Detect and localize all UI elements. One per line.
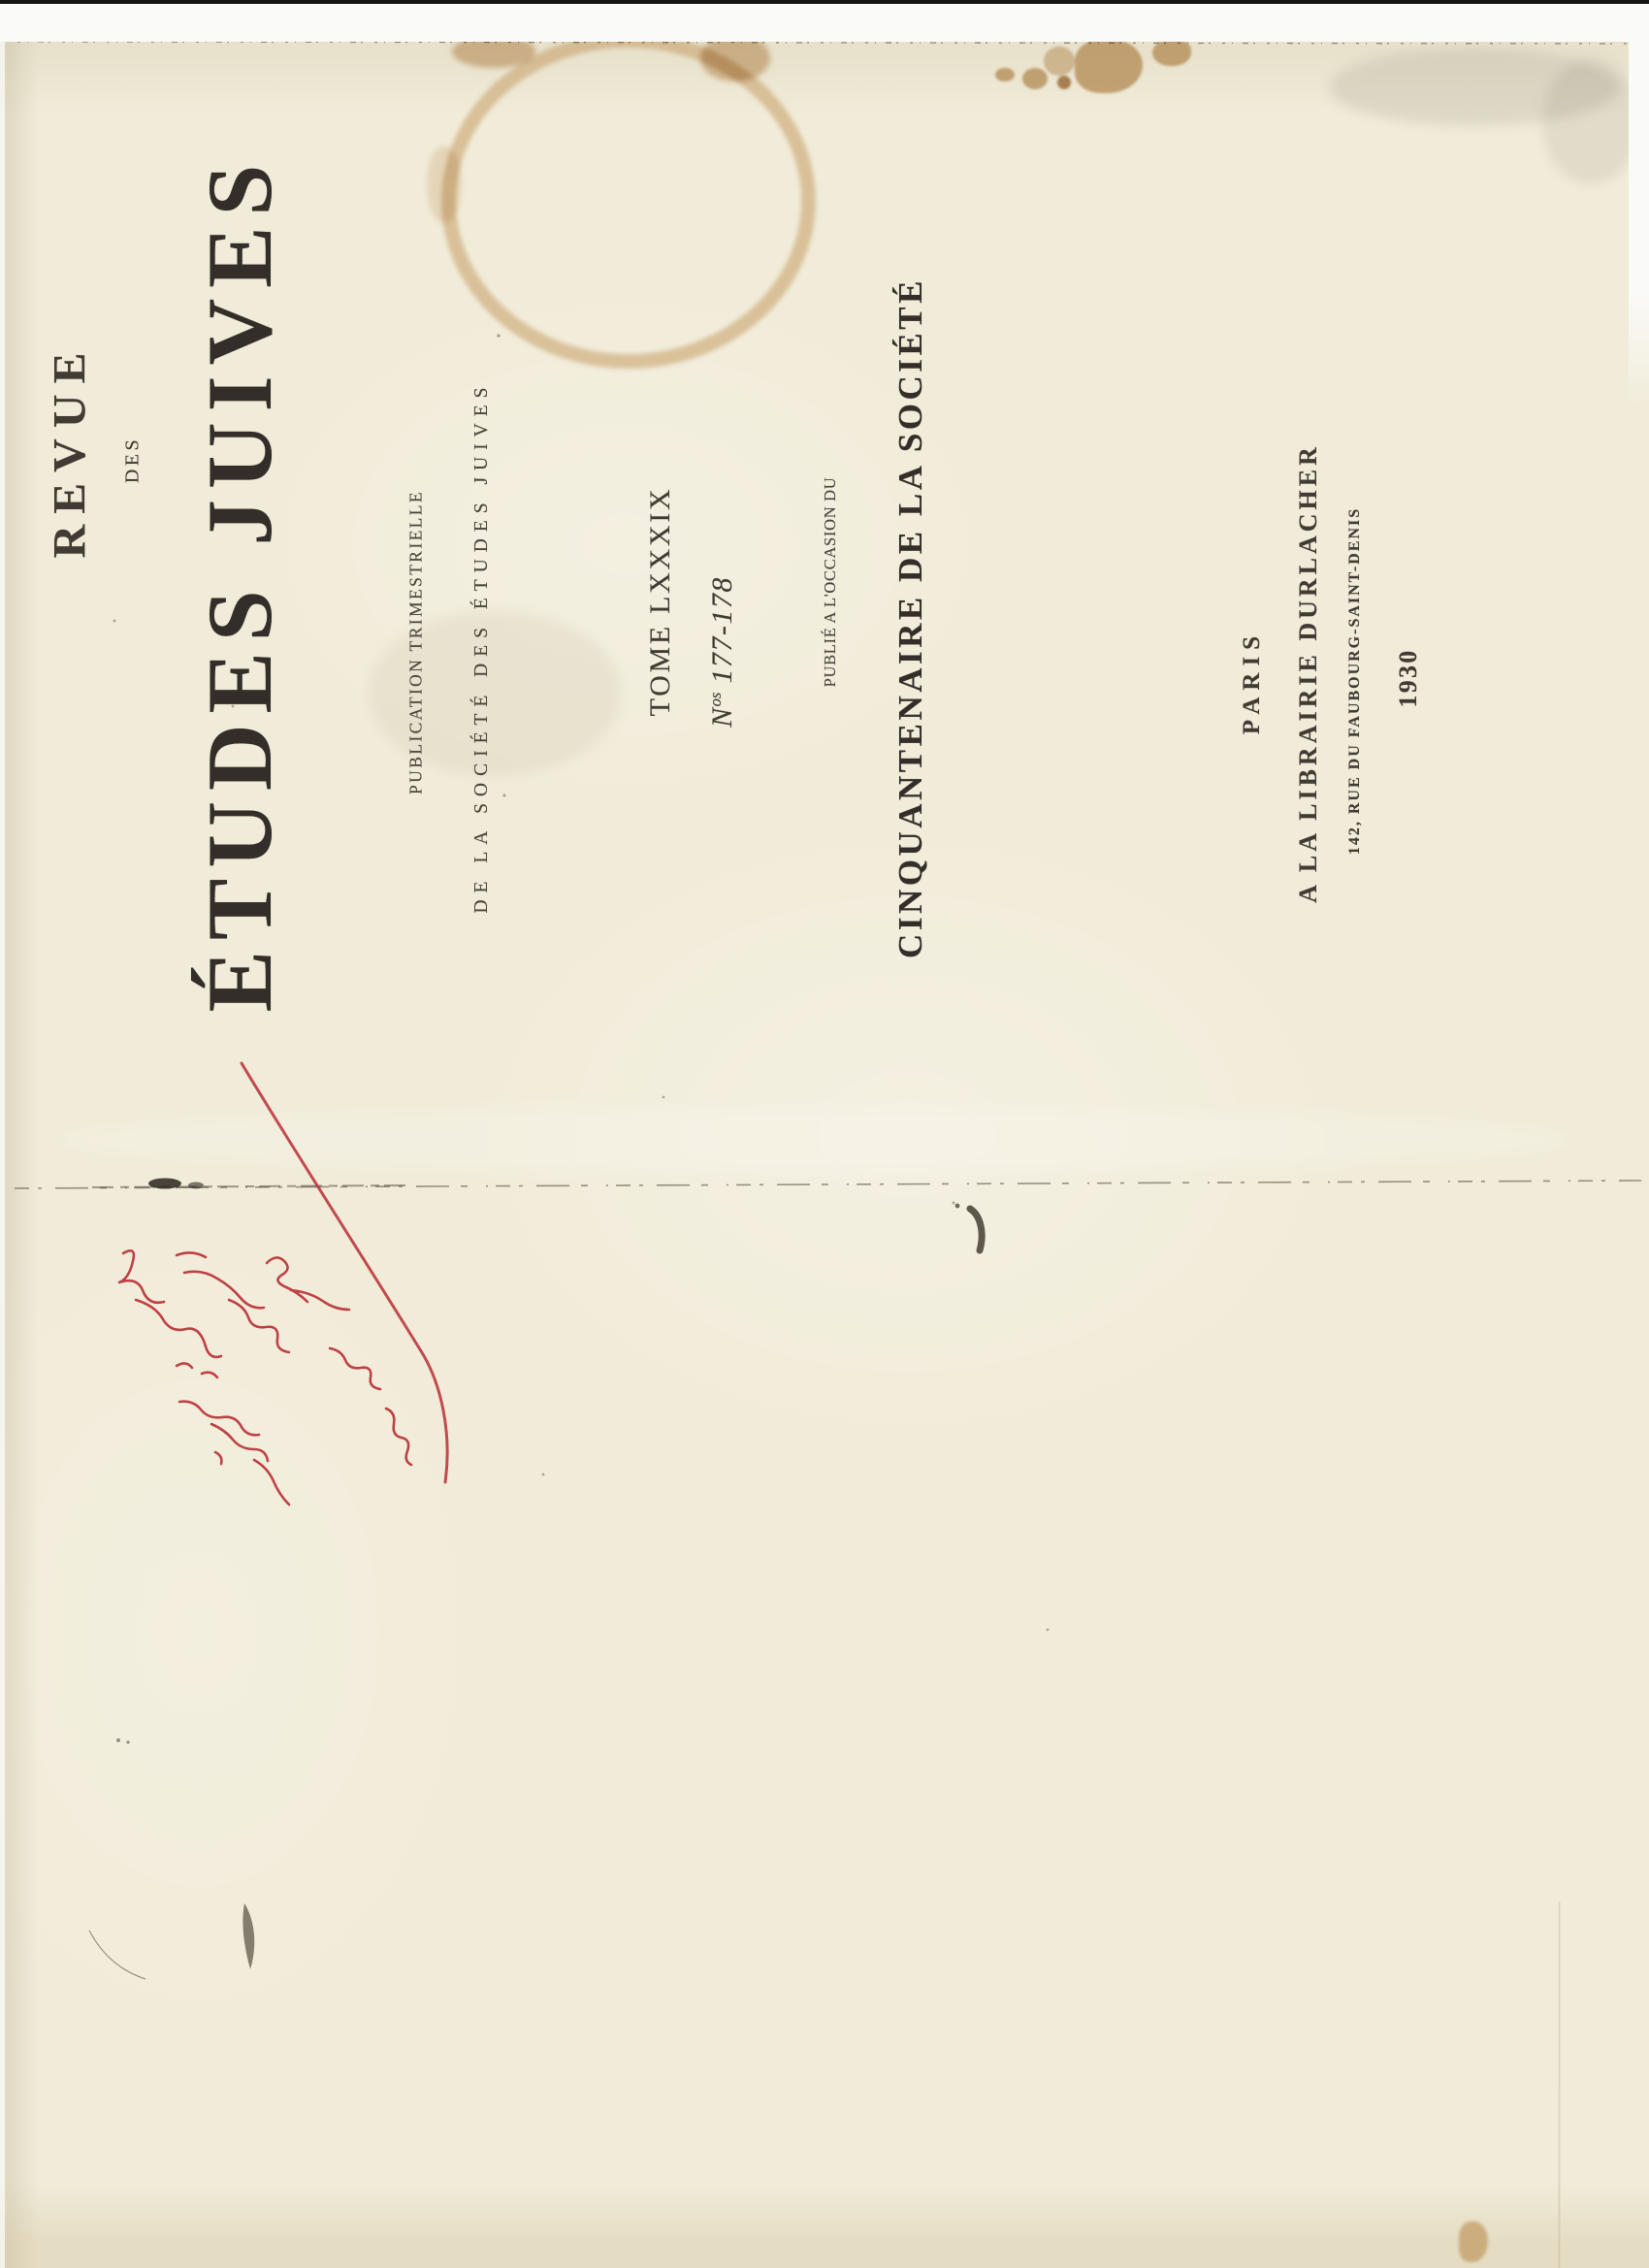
scanned-journal-cover: REVUE DES ÉTUDES JUIVES PUBLICATION TRIM… (0, 0, 1649, 2268)
fold-crease-line (15, 1179, 1641, 1189)
scanner-white-strip-right (1629, 0, 1649, 407)
paper-specks (113, 334, 1050, 1631)
marks-overlay (0, 0, 1649, 2268)
scanner-white-strip-left (0, 0, 5, 2268)
scan-edge-black-line (0, 0, 1649, 4)
ink-smudge (148, 1179, 181, 1189)
ink-comma-mark (955, 1204, 983, 1250)
bottom-smudge (89, 1738, 254, 1979)
page-top-edge (17, 42, 1630, 44)
scanner-white-strip-top (0, 4, 1649, 42)
red-pen-line (242, 1063, 447, 1482)
red-handwriting (119, 1250, 411, 1505)
